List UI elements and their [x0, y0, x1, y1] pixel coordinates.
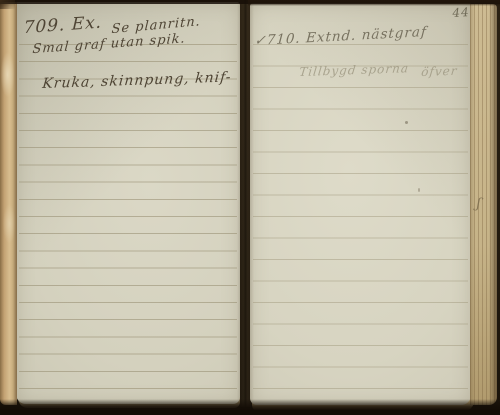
right-page: 44 ✓710. Extnd. nästgraf Tillbygd sporna… [250, 3, 471, 405]
faint-pencil-word: öfver [421, 64, 459, 79]
top-cover-edge-right [248, 0, 500, 6]
faint-pencil-phrase: Tillbygd sporna [299, 61, 410, 79]
top-left-cover-corner [0, 0, 15, 9]
entry-line-3: Kruka, skinnpung, knif- [42, 69, 233, 92]
binding-edge-left [0, 2, 17, 405]
bottom-cover-shadow [0, 399, 500, 415]
paper-speck [418, 188, 420, 192]
notebook-photo: 709. Ex. Se planritn. Smal graf utan spi… [0, 0, 500, 415]
page-number: 44 [452, 5, 470, 20]
ruled-lines-right [253, 44, 468, 392]
entry-number-heading: 709. Ex. [23, 13, 102, 39]
entry-heading-710: ✓710. Extnd. nästgraf [254, 24, 428, 49]
pencil-speck [405, 121, 408, 124]
ruled-lines-left [19, 44, 237, 391]
left-page: 709. Ex. Se planritn. Smal graf utan spi… [16, 2, 240, 404]
